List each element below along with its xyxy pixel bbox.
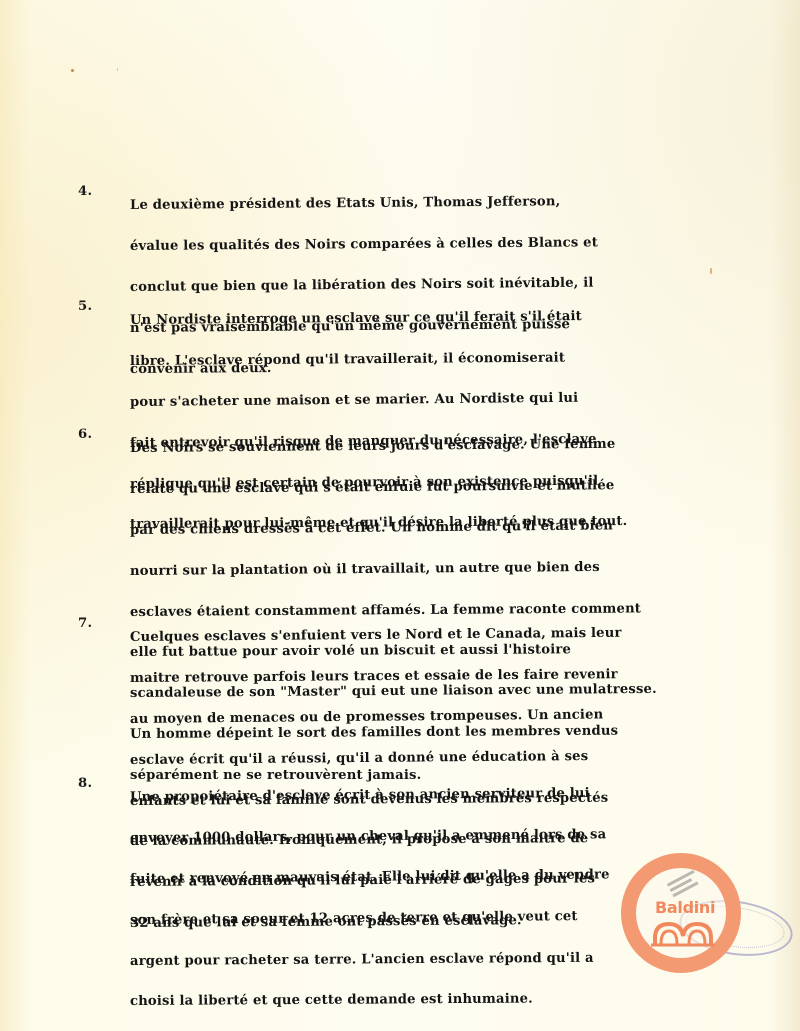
- paragraph-line: nourri sur la plantation où il travailla…: [130, 557, 728, 583]
- paragraph-line: Des Noirs se souviennent de leurs jours …: [130, 434, 728, 460]
- item-number: 6.: [78, 419, 130, 445]
- library-stamp: Baldini: [621, 853, 741, 973]
- paragraph-line: Cuelques esclaves s'enfuient vers le Nor…: [130, 623, 728, 649]
- paragraph-line: maitre retrouve parfois leurs traces et …: [130, 665, 728, 690]
- stamp-logo-text: Baldini: [655, 898, 715, 917]
- item-number: 4.: [78, 176, 130, 202]
- item-number: 8.: [78, 768, 130, 794]
- paragraph-line: libre. L'esclave répond qu'il travailler…: [130, 348, 728, 373]
- paragraph-line: pour s'acheter une maison et se marier. …: [130, 387, 728, 413]
- bridge-logo-icon: [651, 918, 715, 948]
- paragraph-line: Une propoiétaire d'esclave écrit à son a…: [130, 783, 728, 809]
- paragraph-line: envoyer 1000 dollars, pour un cheval qu'…: [130, 825, 728, 850]
- paragraph-line: Le deuxième président des Etats Unis, Th…: [130, 191, 728, 217]
- item-number: 7.: [78, 608, 130, 634]
- paragraph-line: par des chiens dressés à cet effet. Un h…: [130, 515, 728, 541]
- paragraph-line: évalue les qualités des Noirs comparées …: [130, 233, 728, 258]
- paragraph-line: Un Nordiste interroge un esclave sur ce …: [130, 306, 728, 332]
- document-page: 4. Le deuxième président des Etats Unis,…: [0, 0, 800, 1031]
- paragraph-line: relate qu'une esclave qui s'était enfuie…: [130, 476, 728, 501]
- paper-speck: [71, 69, 74, 72]
- paragraph-line: choisi la liberté et que cette demande e…: [130, 989, 728, 1013]
- item-number: 5.: [78, 291, 130, 317]
- paper-speck: [117, 68, 118, 71]
- paragraph-line: au moyen de menaces ou de promesses trom…: [130, 704, 728, 730]
